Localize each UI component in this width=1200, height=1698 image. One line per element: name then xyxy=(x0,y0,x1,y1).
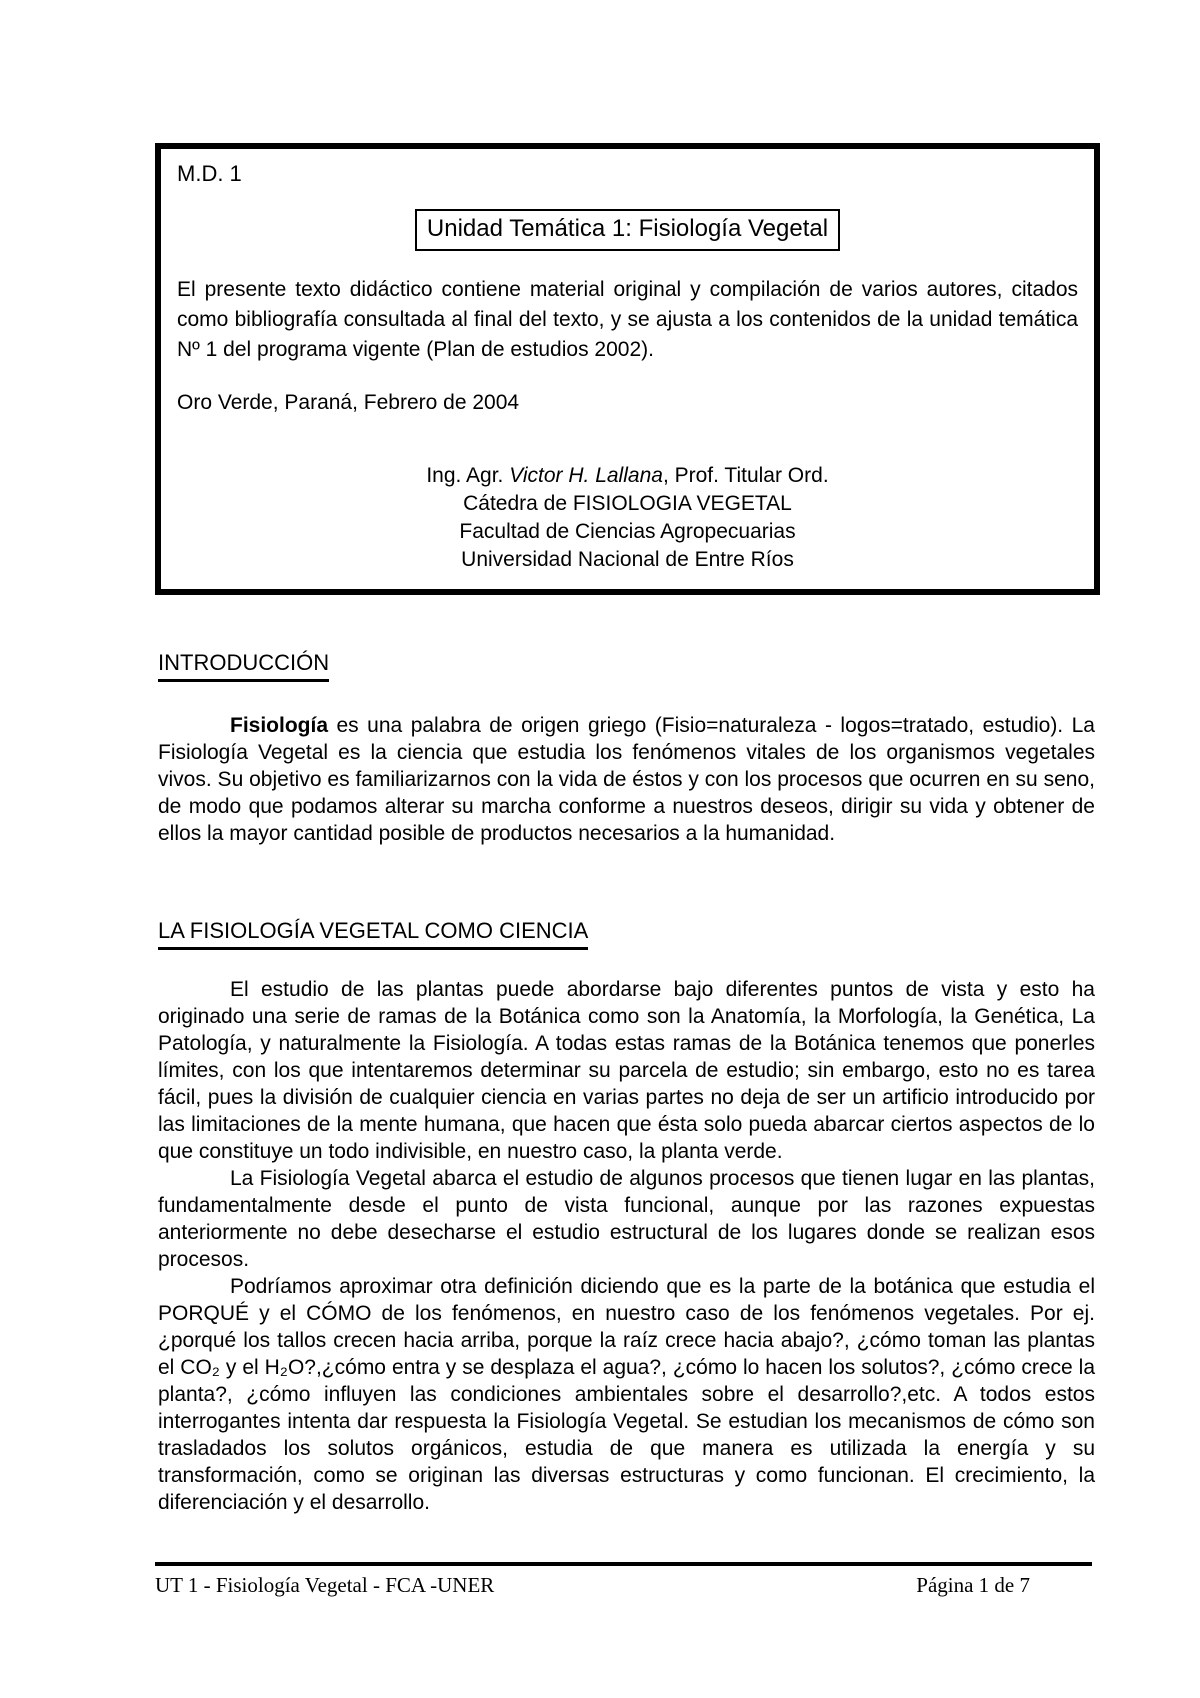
author-line-2: Cátedra de FISIOLOGIA VEGETAL xyxy=(177,490,1078,518)
author-prefix: Ing. Agr. xyxy=(426,464,509,487)
page-footer: UT 1 - Fisiología Vegetal - FCA -UNER Pá… xyxy=(155,1562,1092,1598)
title-row: Unidad Temática 1: Fisiología Vegetal xyxy=(177,209,1078,251)
author-line-1: Ing. Agr. Victor H. Lallana, Prof. Titul… xyxy=(177,462,1078,490)
document-code: M.D. 1 xyxy=(177,161,1078,187)
footer-page-number: Página 1 de 7 xyxy=(916,1573,1092,1598)
section-heading-text: LA FISIOLOGÍA VEGETAL COMO CIENCIA xyxy=(158,918,588,950)
introduccion-body: Fisiología es una palabra de origen grie… xyxy=(158,712,1095,847)
intro-paragraph: Fisiología es una palabra de origen grie… xyxy=(158,712,1095,847)
body-paragraph-1: El estudio de las plantas puede abordars… xyxy=(158,976,1095,1165)
body-paragraph-2: La Fisiología Vegetal abarca el estudio … xyxy=(158,1165,1095,1273)
abstract-paragraph: El presente texto didáctico contiene mat… xyxy=(177,275,1078,365)
document-title: Unidad Temática 1: Fisiología Vegetal xyxy=(415,209,840,251)
place-date: Oro Verde, Paraná, Febrero de 2004 xyxy=(177,391,1078,414)
author-line-4: Universidad Nacional de Entre Ríos xyxy=(177,546,1078,574)
body-paragraph-3: Podríamos aproximar otra definición dici… xyxy=(158,1273,1095,1516)
fisiologia-como-ciencia-body: El estudio de las plantas puede abordars… xyxy=(158,976,1095,1516)
section-heading-text: INTRODUCCIÓN xyxy=(158,650,329,682)
footer-document-reference: UT 1 - Fisiología Vegetal - FCA -UNER xyxy=(155,1573,494,1598)
author-line-3: Facultad de Ciencias Agropecuarias xyxy=(177,518,1078,546)
author-suffix: , Prof. Titular Ord. xyxy=(663,464,829,487)
author-block: Ing. Agr. Victor H. Lallana, Prof. Titul… xyxy=(177,462,1078,574)
section-heading-fisiologia-como-ciencia: LA FISIOLOGÍA VEGETAL COMO CIENCIA xyxy=(158,918,588,950)
intro-lead-bold: Fisiología xyxy=(230,714,328,737)
section-heading-introduccion: INTRODUCCIÓN xyxy=(158,650,329,682)
header-box: M.D. 1 Unidad Temática 1: Fisiología Veg… xyxy=(155,143,1100,595)
author-name: Victor H. Lallana xyxy=(509,464,663,487)
